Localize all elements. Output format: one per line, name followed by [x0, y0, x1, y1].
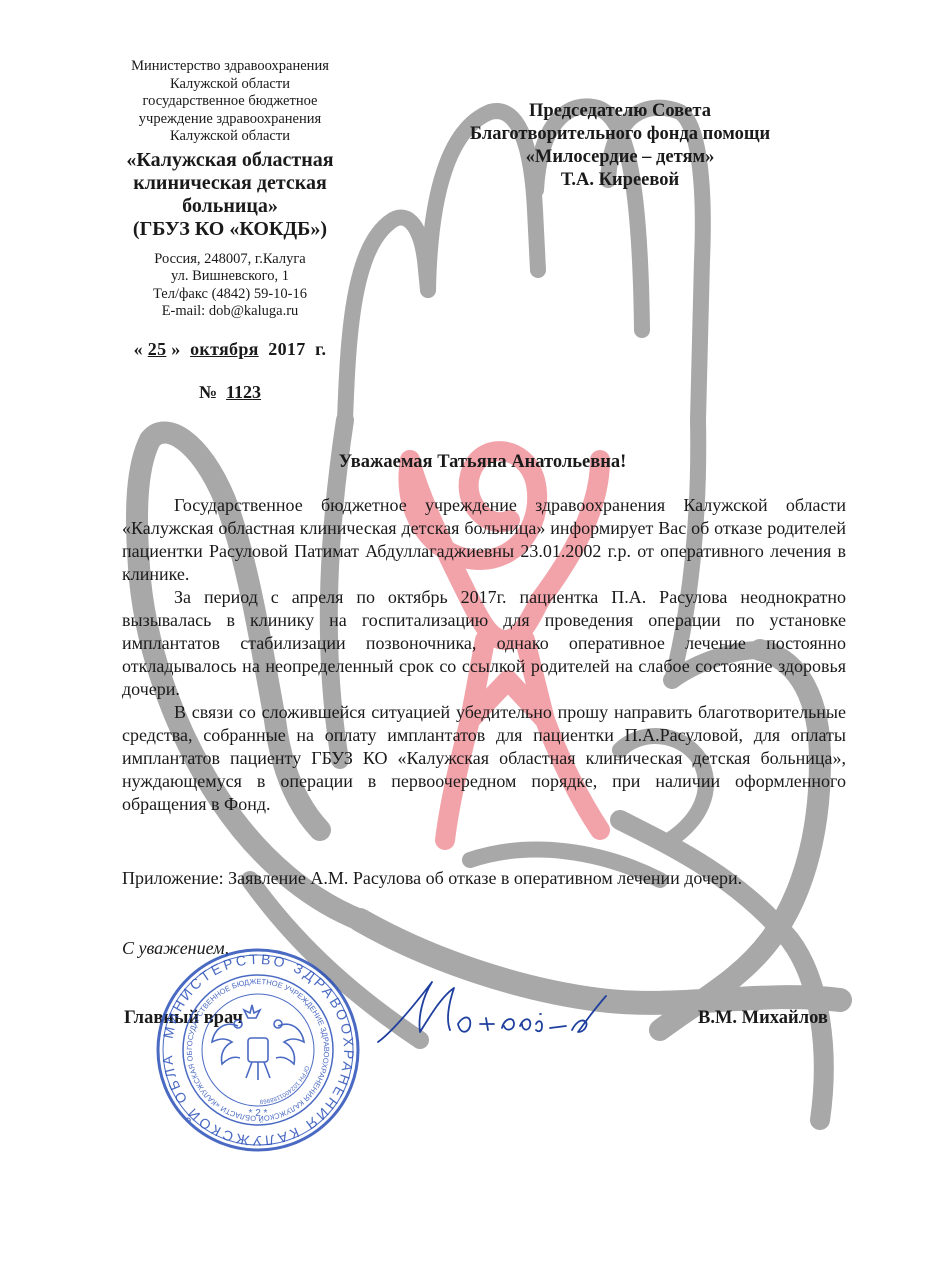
- letter-number: № 1123: [100, 382, 360, 403]
- letter-date: « 25 » октября 2017 г.: [100, 339, 360, 360]
- phone-fax-line: Тел/факс (4842) 59-10-16: [100, 286, 360, 304]
- email-line: E-mail: dob@kaluga.ru: [100, 303, 360, 321]
- svg-text:* 2 *: * 2 *: [249, 1108, 268, 1119]
- organization-name: «Калужская областная клиническая детская…: [100, 149, 360, 241]
- letter-body: Государственное бюджетное учреждение здр…: [122, 494, 846, 816]
- body-paragraph: За период с апреля по октябрь 2017г. пац…: [122, 586, 846, 701]
- official-stamp-icon: МИНИСТЕРСТВО ЗДРАВООХРАНЕНИЯ КАЛУЖСКОЙ О…: [152, 948, 364, 1152]
- organization-name-line: клиническая детская: [100, 172, 360, 195]
- addressee-line: «Милосердие – детям»: [440, 146, 800, 169]
- ministry-line: государственное бюджетное: [100, 93, 360, 111]
- sender-letterhead: Министерство здравоохранения Калужской о…: [100, 58, 360, 403]
- addressee-line: Благотворительного фонда помощи: [440, 123, 800, 146]
- signer-name: В.М. Михайлов: [698, 1008, 828, 1029]
- organization-name-line: больница»: [100, 195, 360, 218]
- letter-page: Министерство здравоохранения Калужской о…: [0, 0, 930, 1280]
- ministry-line: Министерство здравоохранения: [100, 58, 360, 76]
- organization-abbreviation: (ГБУЗ КО «КОКДБ»): [100, 218, 360, 241]
- ministry-line: учреждение здравоохранения: [100, 111, 360, 129]
- address-line: Россия, 248007, г.Калуга: [100, 251, 360, 269]
- attachment-note: Приложение: Заявление А.М. Расулова об о…: [122, 868, 852, 889]
- organization-name-line: «Калужская областная: [100, 149, 360, 172]
- sender-contacts: Россия, 248007, г.Калуга ул. Вишневского…: [100, 251, 360, 321]
- body-paragraph: В связи со сложившейся ситуацией убедите…: [122, 701, 846, 816]
- number-value: 1123: [226, 382, 261, 402]
- date-quote-close: »: [171, 339, 180, 359]
- date-day: 25: [148, 339, 167, 359]
- number-label: №: [199, 382, 217, 402]
- letter-greeting: Уважаемая Татьяна Анатольевна!: [120, 452, 845, 473]
- date-suffix: г.: [315, 339, 326, 359]
- addressee-line: Председателю Совета: [440, 100, 800, 123]
- addressee-block: Председателю Совета Благотворительного ф…: [440, 100, 800, 192]
- eagle-emblem-icon: [212, 1005, 304, 1080]
- date-year: 2017: [268, 339, 305, 359]
- body-paragraph: Государственное бюджетное учреждение здр…: [122, 494, 846, 586]
- ministry-line: Калужской области: [100, 128, 360, 146]
- date-quote-open: «: [134, 339, 143, 359]
- ministry-line: Калужской области: [100, 76, 360, 94]
- date-month: октября: [190, 339, 259, 359]
- address-line: ул. Вишневского, 1: [100, 268, 360, 286]
- handwritten-signature-icon: [372, 968, 632, 1048]
- addressee-name: Т.А. Киреевой: [440, 169, 800, 192]
